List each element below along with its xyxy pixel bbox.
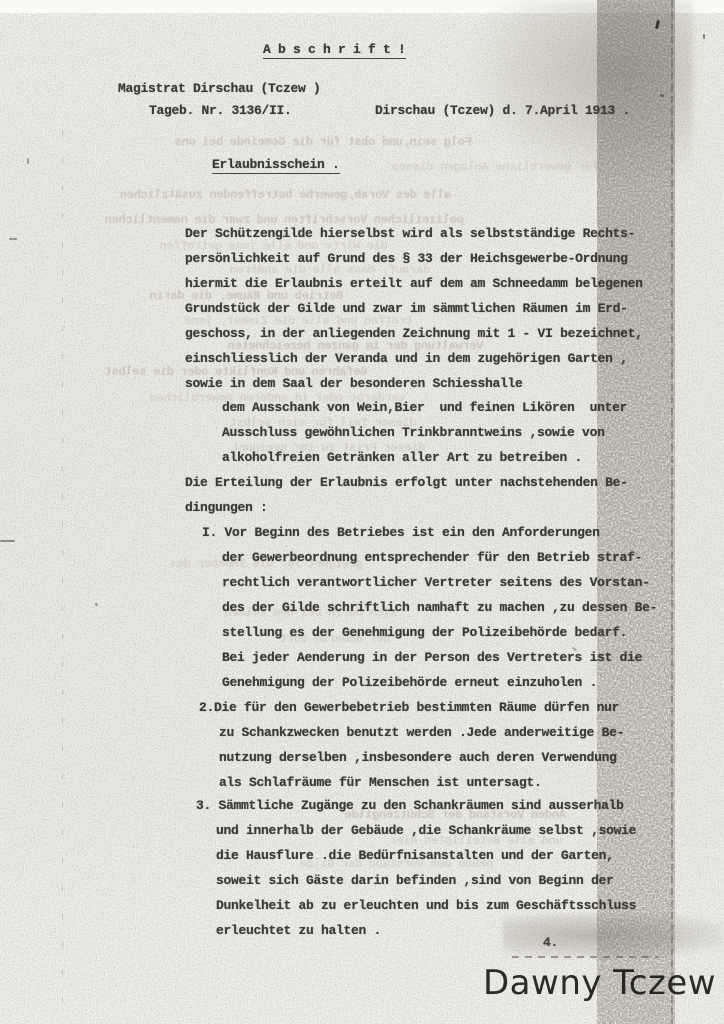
paragraph-conditions-intro: Die Erteilung der Erlaubnis erfolgt unte… [185, 470, 628, 520]
condition-2: 2.Die für den Gewerbebetrieb bestimmten … [199, 695, 624, 795]
text-line: stellung es der Genehmigung der Polizeib… [202, 620, 657, 645]
document-subject: Erlaubnisschein . [212, 155, 340, 175]
page-number: 4. [543, 930, 558, 955]
bleedthrough-line: alle des Vorab,gewerbe betreffenden zusä… [120, 186, 451, 204]
subject-text: Erlaubnisschein . [212, 157, 340, 174]
paragraph-purpose: dem Ausschank von Wein,Bier und feinen L… [222, 395, 627, 470]
sender-line: Magistrat Dirschau (Tczew ) [118, 79, 321, 99]
text-line: soweit sich Gäste darin befinden ,sind v… [196, 868, 636, 893]
ink-speck [9, 238, 17, 240]
text-line: nutzung derselben ,insbesondere auch der… [199, 745, 624, 770]
scanned-document-page: Folg sein,und obst für die Gemeinde bei … [0, 0, 724, 1024]
bleedthrough-line: Folg sein,und obst für die Gemeinde bei … [175, 133, 472, 151]
document-heading: A b s c h r i f t ! [263, 42, 406, 57]
text-line: geschoss, in der anliegenden Zeichnung m… [185, 321, 643, 346]
text-line: Grundstück der Gilde und zwar im sämmtli… [185, 296, 643, 321]
watermark-dawny-tczew: Dawny Tczew [483, 961, 716, 1005]
ink-speck [660, 94, 664, 97]
text-line: I. Vor Beginn des Betriebes ist ein den … [202, 520, 657, 545]
text-line: die Hausflure .die Bedürfnisanstalten un… [196, 843, 636, 868]
text-line: hiermit die Erlaubnis erteilt auf dem am… [185, 271, 643, 296]
place-and-date: Dirschau (Tczew) d. 7.April 1913 . [375, 101, 630, 121]
ink-speck [703, 34, 705, 39]
condition-1: I. Vor Beginn des Betriebes ist ein den … [202, 520, 657, 695]
bleedthrough-line: für gewerbliche Anlagen dieses [392, 158, 599, 176]
text-line: der Gewerbeordnung entsprechender für de… [202, 545, 657, 570]
journal-number: Tageb. Nr. 3136/II. [149, 101, 292, 121]
text-line: Ausschluss gewöhnlichen Trinkbranntweins… [222, 420, 627, 445]
text-line: des der Gilde schriftlich namhaft zu mac… [202, 595, 657, 620]
text-line: erleuchtet zu halten . [196, 918, 636, 943]
text-line: Dunkelheit ab zu erleuchten und bis zum … [196, 893, 636, 918]
text-line: rechtlich verantwortlicher Vertreter sei… [202, 570, 657, 595]
paragraph-intro: Der Schützengilde hierselbst wird als se… [185, 221, 643, 396]
text-line: Bei jeder Aenderung in der Person des Ve… [202, 645, 657, 670]
ink-speck [0, 540, 15, 542]
text-line: und innerhalb der Gebäude ,die Schankräu… [196, 818, 636, 843]
text-line: 3. Sämmtliche Zugänge zu den Schankräume… [196, 793, 636, 818]
text-line: alkoholfreien Getränken aller Art zu bet… [222, 445, 627, 470]
condition-3: 3. Sämmtliche Zugänge zu den Schankräume… [196, 793, 636, 943]
text-line: Der Schützengilde hierselbst wird als se… [185, 221, 643, 246]
text-line: zu Schankzwecken benutzt werden .Jede an… [199, 720, 624, 745]
smudge-dashed-edge [512, 956, 658, 958]
text-line: als Schlafräume für Menschen ist untersa… [199, 770, 624, 795]
text-line: 2.Die für den Gewerbebetrieb bestimmten … [199, 695, 624, 720]
text-line: Die Erteilung der Erlaubnis erfolgt unte… [185, 470, 628, 495]
text-line: persönlichkeit auf Grund des § 33 der He… [185, 246, 643, 271]
faint-vertical-line [133, 300, 134, 920]
left-margin-line [62, 130, 63, 1010]
text-line: dem Ausschank von Wein,Bier und feinen L… [222, 395, 627, 420]
text-line: Genehmigung der Polizeibehörde erneut ei… [202, 670, 657, 695]
text-line: dingungen : [185, 495, 628, 520]
ink-speck [95, 603, 98, 606]
heading-text: A b s c h r i f t ! [263, 42, 406, 59]
text-line: einschliesslich der Veranda und in dem z… [185, 346, 643, 371]
text-line: sowie in dem Saal der besonderen Schiess… [185, 371, 643, 396]
ink-speck [27, 158, 29, 164]
